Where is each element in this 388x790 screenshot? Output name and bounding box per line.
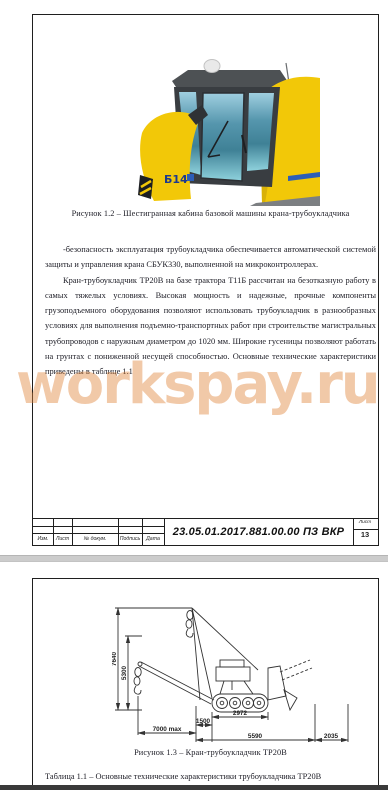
col-list-label: Лист bbox=[53, 535, 72, 543]
titleblock-line bbox=[33, 533, 164, 534]
paragraph-safety: -безопасность эксплуатация трубоукладчик… bbox=[45, 242, 376, 273]
beacon-light-icon bbox=[204, 60, 220, 73]
pipelayer-drawing: 7640 5300 2972 1500 7000 max 5590 2035 bbox=[112, 596, 352, 751]
hazard-stripes-icon bbox=[138, 175, 153, 199]
page-separator bbox=[0, 555, 388, 562]
blue-badge bbox=[187, 174, 194, 181]
col-data-label: Дата bbox=[142, 535, 164, 543]
body-text: -безопасность эксплуатация трубоукладчик… bbox=[45, 242, 376, 380]
table-1-1-caption: Таблица 1.1 – Основные технические харак… bbox=[45, 772, 376, 781]
dim-reach: 7000 max bbox=[153, 726, 182, 733]
titleblock-line bbox=[33, 526, 164, 527]
col-podpis-label: Подпись bbox=[118, 535, 142, 543]
dim-rear-overhang: 2035 bbox=[324, 733, 339, 740]
viewport-bottom-bar[interactable] bbox=[0, 785, 388, 790]
col-docnum-label: № докум. bbox=[72, 535, 118, 543]
dim-front-offset: 1500 bbox=[196, 718, 211, 725]
door-glass bbox=[201, 93, 244, 181]
figure-1-2-caption: Рисунок 1.2 – Шестигранная кабина базово… bbox=[45, 209, 376, 218]
paragraph-crane-description: Кран-трубоукладчик ТР20В на базе трактор… bbox=[45, 273, 376, 380]
dim-base-length: 5590 bbox=[248, 733, 263, 740]
document-number: 23.05.01.2017.881.00.00 ПЗ ВКР bbox=[164, 519, 353, 544]
excavator-cab-photo: Б14 bbox=[138, 57, 320, 206]
figure-1-3-caption: Рисунок 1.3 – Кран-трубоукладчик ТР20В bbox=[45, 748, 376, 757]
sheet-number: 13 bbox=[353, 530, 377, 539]
machine-model-label: Б14 bbox=[164, 173, 188, 186]
col-izm-label: Изм. bbox=[33, 535, 53, 543]
dim-hook-height: 5300 bbox=[121, 665, 128, 680]
sheet-label: Лист bbox=[353, 520, 377, 525]
title-block: Изм. Лист № докум. Подпись Дата 23.05.01… bbox=[32, 518, 379, 546]
dim-track-gauge: 2972 bbox=[233, 710, 248, 717]
dim-overall-height: 7640 bbox=[112, 651, 118, 666]
drawing-lines bbox=[115, 608, 348, 742]
